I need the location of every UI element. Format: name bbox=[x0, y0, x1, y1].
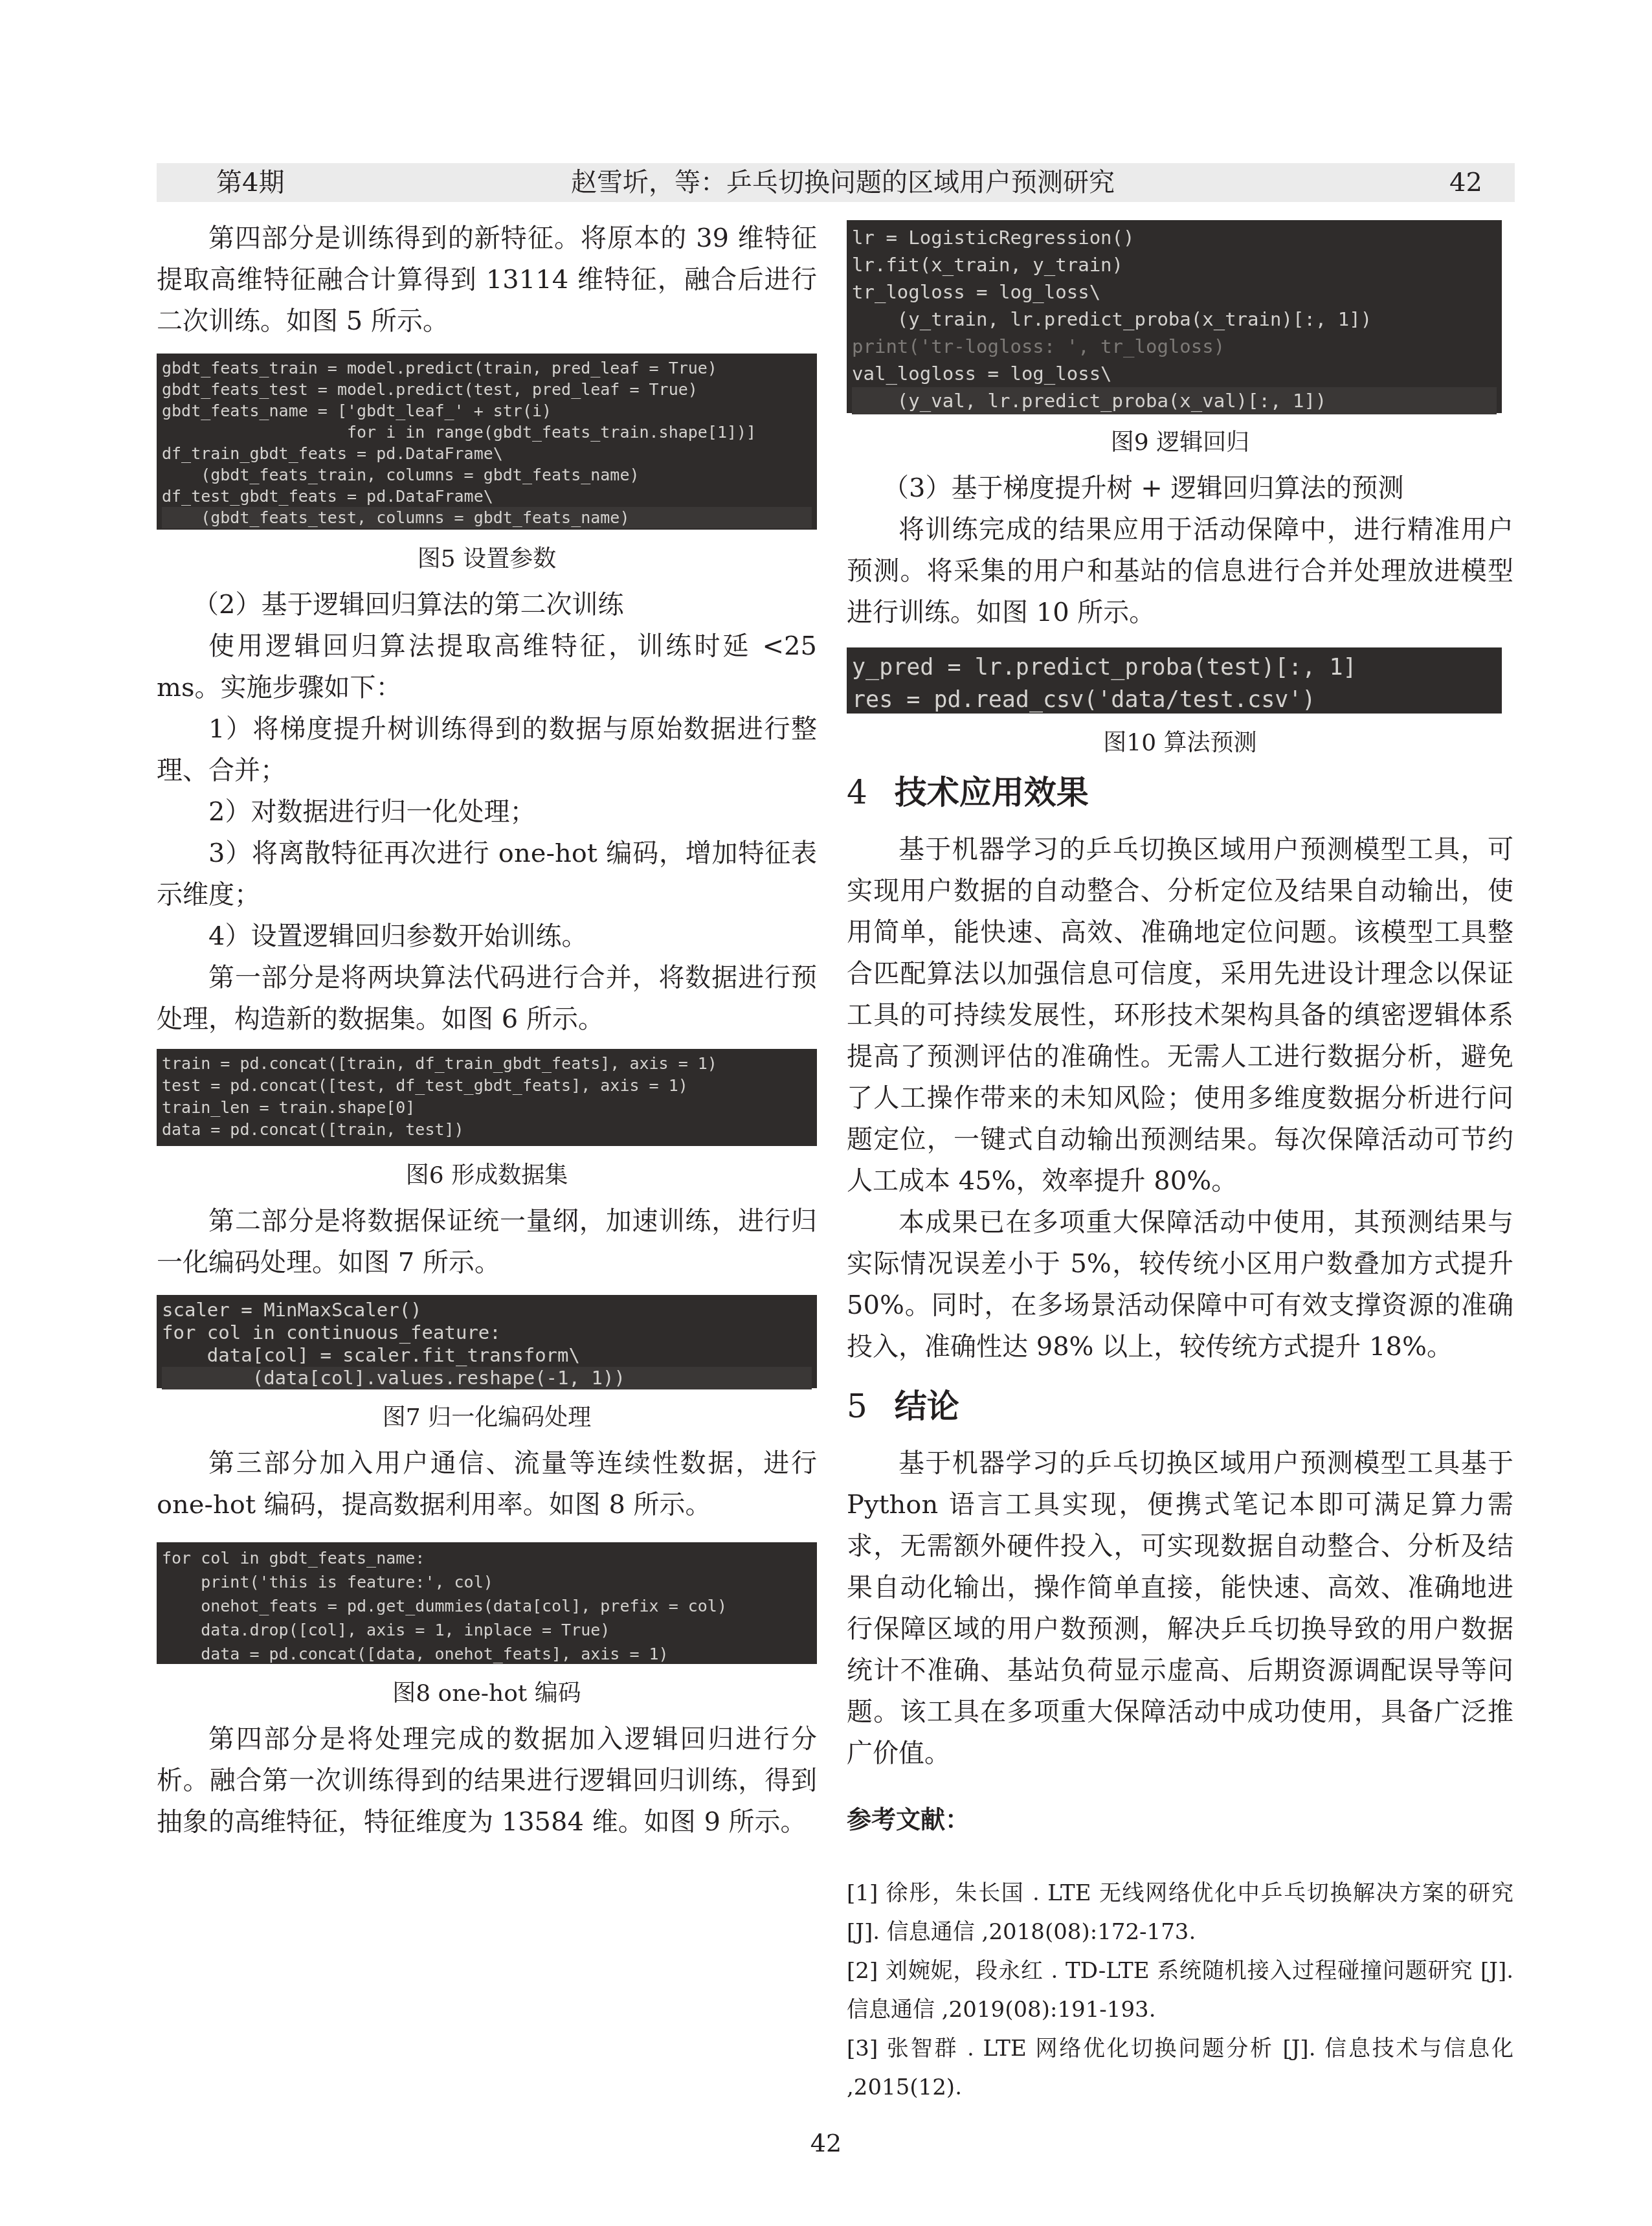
code-line: df_train_gbdt_feats = pd.DataFrame\ bbox=[162, 443, 812, 464]
code-line-current: (data[col].values.reshape(-1, 1)) bbox=[162, 1367, 812, 1389]
code-figure-5: gbdt_feats_train = model.predict(train, … bbox=[157, 354, 817, 530]
section-4-number: 4 bbox=[847, 774, 867, 811]
code-line: res = pd.read_csv('data/test.csv') bbox=[852, 684, 1497, 716]
paragraph-sub2: 使用逻辑回归算法提取高维特征，训练时延 <25 ms。实施步骤如下： bbox=[157, 625, 817, 708]
code-figure-9: lr = LogisticRegression() lr.fit(x_train… bbox=[847, 220, 1502, 413]
paragraph-part3: 第三部分加入用户通信、流量等连续性数据，进行 one-hot 编码，提高数据利用… bbox=[157, 1443, 817, 1525]
code-figure-6: train = pd.concat([train, df_train_gbdt_… bbox=[157, 1049, 817, 1146]
section-5-number: 5 bbox=[847, 1388, 867, 1425]
references-heading: 参考文献： bbox=[847, 1804, 1513, 1835]
subsection-2-title: （2）基于逻辑回归算法的第二次训练 bbox=[157, 584, 817, 625]
code-line-current: (y_val, lr.predict_proba(x_val)[:, 1]) bbox=[852, 387, 1497, 414]
code-line: data[col] = scaler.fit_transform\ bbox=[162, 1344, 812, 1367]
code-line: tr_logloss = log_loss\ bbox=[852, 278, 1497, 306]
issue-label: 第4期 bbox=[216, 167, 284, 198]
section-5-paragraph-1: 基于机器学习的乒乓切换区域用户预测模型工具基于 Python 语言工具实现，便携… bbox=[847, 1443, 1513, 1774]
code-line: print('tr-logloss: ', tr_logloss) bbox=[852, 333, 1497, 360]
figure-6-caption: 图6 形成数据集 bbox=[157, 1160, 817, 1191]
code-line: gbdt_feats_train = model.predict(train, … bbox=[162, 357, 812, 379]
left-column: 第四部分是训练得到的新特征。将原本的 39 维特征提取高维特征融合计算得到 13… bbox=[157, 218, 817, 1843]
footer-page-number: 42 bbox=[0, 2129, 1652, 2157]
code-line: (gbdt_feats_train, columns = gbdt_feats_… bbox=[162, 464, 812, 486]
figure-8-caption: 图8 one-hot 编码 bbox=[157, 1678, 817, 1709]
figure-5-caption: 图5 设置参数 bbox=[157, 544, 817, 575]
section-4-paragraph-1: 基于机器学习的乒乓切换区域用户预测模型工具，可实现用户数据的自动整合、分析定位及… bbox=[847, 829, 1513, 1202]
subsection-3-title: （3）基于梯度提升树 + 逻辑回归算法的预测 bbox=[847, 467, 1513, 509]
code-line: test = pd.concat([test, df_test_gbdt_fea… bbox=[162, 1075, 812, 1097]
code-line: train_len = train.shape[0] bbox=[162, 1097, 812, 1119]
code-line: for i in range(gbdt_feats_train.shape[1]… bbox=[162, 422, 812, 443]
code-line: data = pd.concat([train, test]) bbox=[162, 1119, 812, 1141]
paragraph-part4: 第四部分是将处理完成的数据加入逻辑回归进行分析。融合第一次训练得到的结果进行逻辑… bbox=[157, 1718, 817, 1843]
code-line: onehot_feats = pd.get_dummies(data[col],… bbox=[162, 1594, 812, 1618]
code-line: scaler = MinMaxScaler() bbox=[162, 1299, 812, 1321]
paragraph-part1: 第一部分是将两块算法代码进行合并，将数据进行预处理，构造新的数据集。如图 6 所… bbox=[157, 957, 817, 1040]
reference-item-1: [1] 徐彤，朱长国 . LTE 无线网络优化中乒乓切换解决方案的研究 [J].… bbox=[847, 1874, 1513, 1951]
section-5-title: 结论 bbox=[895, 1388, 959, 1425]
running-title: 赵雪圻，等：乒乓切换问题的区域用户预测研究 bbox=[571, 167, 1115, 198]
step-1: 1）将梯度提升树训练得到的数据与原始数据进行整理、合并； bbox=[157, 708, 817, 791]
running-header: 第4期 赵雪圻，等：乒乓切换问题的区域用户预测研究 42 bbox=[157, 163, 1515, 202]
header-page-number: 42 bbox=[1449, 167, 1482, 198]
section-5-heading: 5结论 bbox=[847, 1387, 1513, 1426]
paragraph-sub3: 将训练完成的结果应用于活动保障中，进行精准用户预测。将采集的用户和基站的信息进行… bbox=[847, 509, 1513, 633]
code-line: gbdt_feats_name = ['gbdt_leaf_' + str(i) bbox=[162, 400, 812, 422]
section-4-paragraph-2: 本成果已在多项重大保障活动中使用，其预测结果与实际情况误差小于 5%，较传统小区… bbox=[847, 1202, 1513, 1367]
paragraph-part2: 第二部分是将数据保证统一量纲，加速训练，进行归一化编码处理。如图 7 所示。 bbox=[157, 1200, 817, 1283]
code-line: print('this is feature:', col) bbox=[162, 1570, 812, 1594]
code-figure-7: scaler = MinMaxScaler() for col in conti… bbox=[157, 1295, 817, 1388]
code-line: for col in gbdt_feats_name: bbox=[162, 1546, 812, 1570]
code-line: (y_train, lr.predict_proba(x_train)[:, 1… bbox=[852, 306, 1497, 333]
section-4-title: 技术应用效果 bbox=[895, 774, 1089, 811]
step-2: 2）对数据进行归一化处理； bbox=[157, 791, 817, 833]
reference-item-2: [2] 刘婉妮，段永红 . TD-LTE 系统随机接入过程碰撞问题研究 [J].… bbox=[847, 1951, 1513, 2029]
step-3: 3）将离散特征再次进行 one-hot 编码，增加特征表示维度； bbox=[157, 833, 817, 916]
code-figure-10: y_pred = lr.predict_proba(test)[:, 1] re… bbox=[847, 647, 1502, 714]
figure-9-caption: 图9 逻辑回归 bbox=[847, 427, 1513, 458]
figure-10-caption: 图10 算法预测 bbox=[847, 728, 1513, 759]
figure-7-caption: 图7 归一化编码处理 bbox=[157, 1402, 817, 1433]
code-line: lr = LogisticRegression() bbox=[852, 224, 1497, 251]
code-line: data = pd.concat([data, onehot_feats], a… bbox=[162, 1642, 812, 1666]
right-column: lr = LogisticRegression() lr.fit(x_train… bbox=[847, 220, 1513, 2107]
code-line: for col in continuous_feature: bbox=[162, 1321, 812, 1344]
code-line: gbdt_feats_test = model.predict(test, pr… bbox=[162, 379, 812, 400]
code-line: val_logloss = log_loss\ bbox=[852, 360, 1497, 387]
code-line: y_pred = lr.predict_proba(test)[:, 1] bbox=[852, 651, 1497, 684]
step-4: 4）设置逻辑回归参数开始训练。 bbox=[157, 916, 817, 957]
section-4-heading: 4技术应用效果 bbox=[847, 773, 1513, 812]
code-line: lr.fit(x_train, y_train) bbox=[852, 251, 1497, 278]
paragraph-intro: 第四部分是训练得到的新特征。将原本的 39 维特征提取高维特征融合计算得到 13… bbox=[157, 218, 817, 342]
code-line: train = pd.concat([train, df_train_gbdt_… bbox=[162, 1053, 812, 1075]
code-line: df_test_gbdt_feats = pd.DataFrame\ bbox=[162, 486, 812, 507]
code-figure-8: for col in gbdt_feats_name: print('this … bbox=[157, 1542, 817, 1664]
code-line: data.drop([col], axis = 1, inplace = Tru… bbox=[162, 1618, 812, 1642]
reference-item-3: [3] 张智群 . LTE 网络优化切换问题分析 [J]. 信息技术与信息化 ,… bbox=[847, 2029, 1513, 2107]
code-line-current: (gbdt_feats_test, columns = gbdt_feats_n… bbox=[162, 507, 812, 528]
